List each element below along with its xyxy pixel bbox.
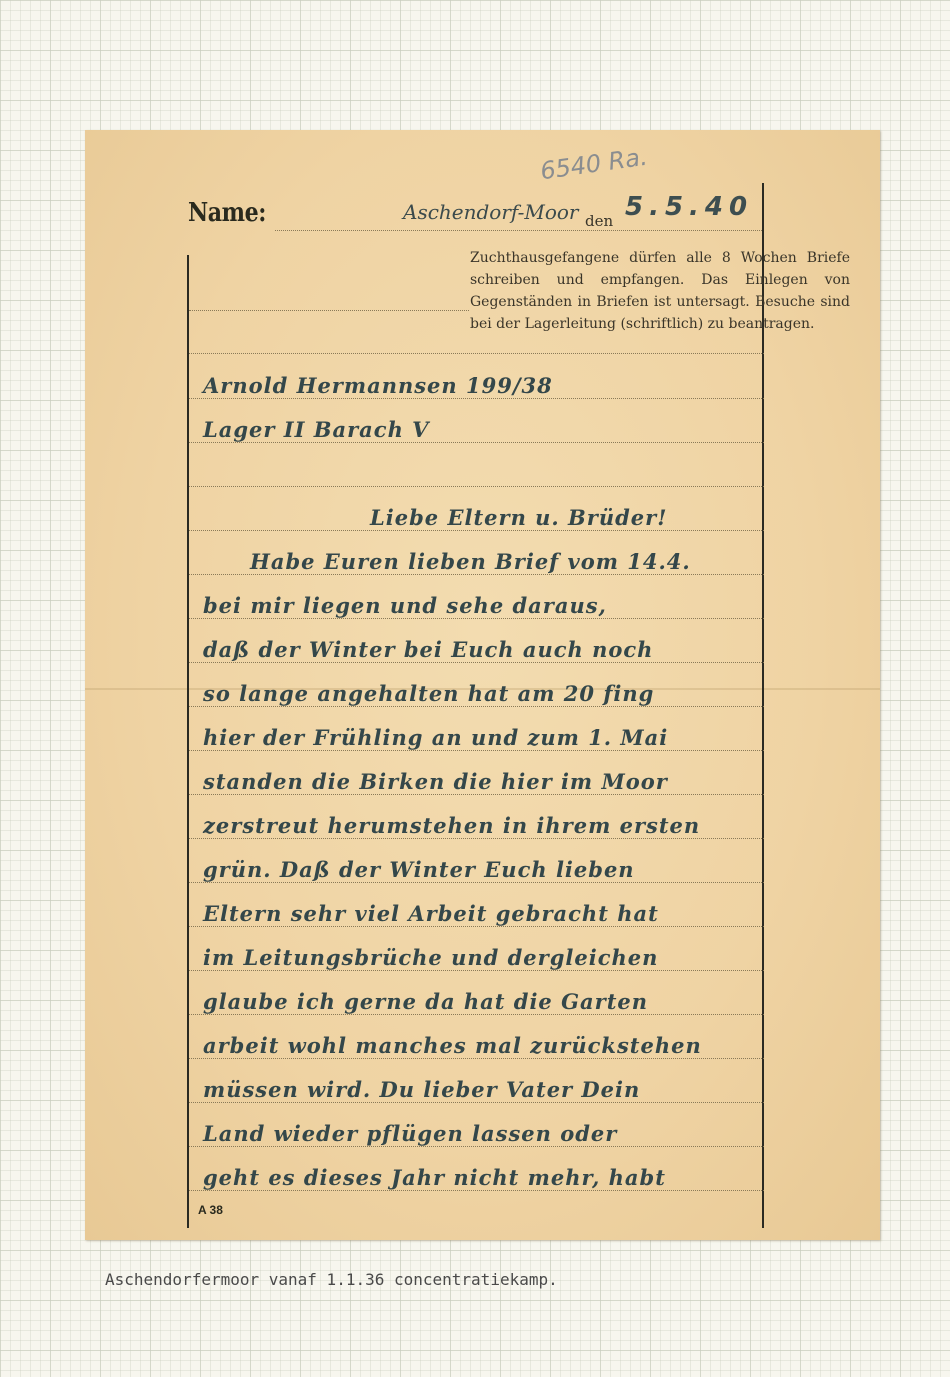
ruled-line [189,574,764,575]
letter-line: grün. Daß der Winter Euch lieben [203,857,635,882]
letter-line: Eltern sehr viel Arbeit gebracht hat [203,901,659,926]
form-number: A 38 [198,1203,223,1217]
ruled-line [189,662,764,663]
ruled-line [189,442,764,443]
letter-line: daß der Winter bei Euch auch noch [203,637,653,662]
letter-line: Habe Euren lieben Brief vom 14.4. [250,549,691,574]
letter-line: zerstreut herumstehen in ihrem ersten [203,813,700,838]
letter-line: Liebe Eltern u. Brüder! [370,505,667,530]
ruled-line [189,794,764,795]
ruled-line [189,618,764,619]
ruled-line [189,1102,764,1103]
ruled-line [189,1190,764,1191]
name-label: Name: [188,198,266,228]
ruled-line [189,530,764,531]
letter-line: Lager II Barach V [203,417,429,442]
ruled-line [189,926,764,927]
place-handwritten: Aschendorf-Moor [403,200,578,224]
date-prefix: den [585,212,613,230]
ruled-line [189,970,764,971]
ruled-line [189,838,764,839]
date-handwritten: 5.5.40 [625,192,753,222]
left-margin-rule [187,255,189,1228]
letter-line: glaube ich gerne da hat die Garten [203,989,648,1014]
letter-line: standen die Birken die hier im Moor [203,769,668,794]
letter-line: hier der Frühling an und zum 1. Mai [203,725,668,750]
album-caption: Aschendorfermoor vanaf 1.1.36 concentrat… [105,1270,558,1289]
letter-sheet: 6540 Ra. Name: Aschendorf-Moor den 5.5.4… [85,130,880,1240]
letter-line: Land wieder pflügen lassen oder [203,1121,617,1146]
ruled-line [189,486,764,487]
ruled-line [189,398,764,399]
ruled-line [189,1146,764,1147]
regulations-text: Zuchthausgefangene dürfen alle 8 Wochen … [470,247,850,335]
letter-line: bei mir liegen und sehe daraus, [203,593,607,618]
letter-line: im Leitungsbrüche und dergleichen [203,945,658,970]
ruled-line [189,882,764,883]
ruled-line [189,1014,764,1015]
ruled-line [189,310,469,311]
ruled-line [275,230,762,231]
letter-line: geht es dieses Jahr nicht mehr, habt [203,1165,666,1190]
ruled-line [189,750,764,751]
letter-line: Arnold Hermannsen 199/38 [203,373,553,398]
letter-line: so lange angehalten hat am 20 fing [203,681,654,706]
pencil-annotation: 6540 Ra. [539,143,650,186]
letter-line: müssen wird. Du lieber Vater Dein [203,1077,640,1102]
ruled-line [189,1058,764,1059]
ruled-line [189,353,764,354]
letter-line: arbeit wohl manches mal zurückstehen [203,1033,702,1058]
ruled-line [189,706,764,707]
